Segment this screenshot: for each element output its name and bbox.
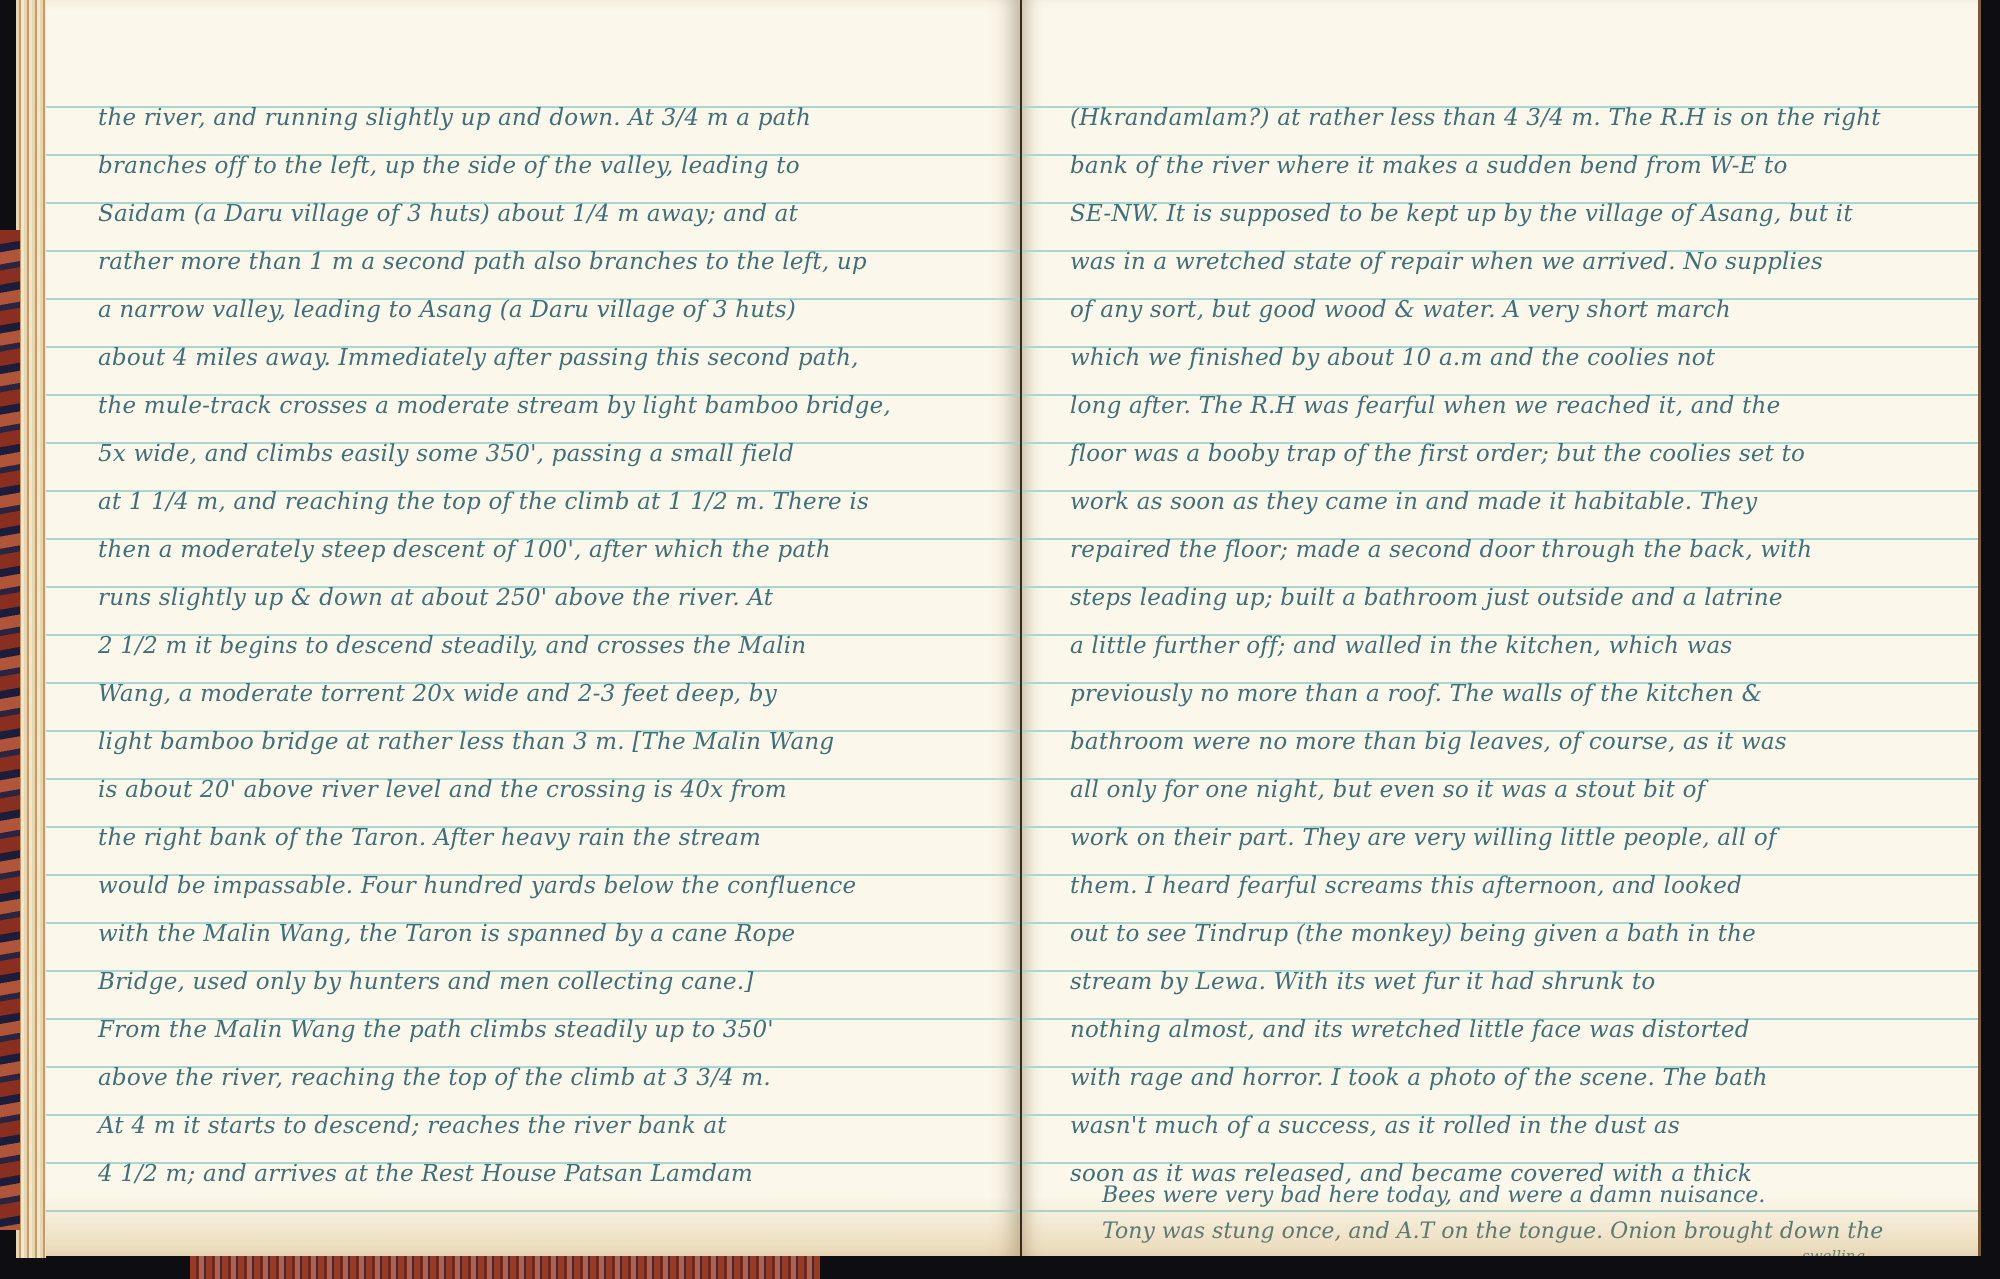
text-line: out to see Tindrup (the monkey) being gi… [1022, 910, 1978, 958]
text-line: would be impassable. Four hundred yards … [46, 862, 1020, 910]
text-line: wasn't much of a success, as it rolled i… [1022, 1102, 1978, 1150]
text-line: all only for one night, but even so it w… [1022, 766, 1978, 814]
text-line: 4 1/2 m; and arrives at the Rest House P… [46, 1150, 1020, 1198]
text-line: is about 20' above river level and the c… [46, 766, 1020, 814]
text-line: branches off to the left, up the side of… [46, 142, 1020, 190]
text-line: light bamboo bridge at rather less than … [46, 718, 1020, 766]
text-line: work as soon as they came in and made it… [1022, 478, 1978, 526]
text-line: nothing almost, and its wretched little … [1022, 1006, 1978, 1054]
text-line: repaired the floor; made a second door t… [1022, 526, 1978, 574]
text-line: 2 1/2 m it begins to descend steadily, a… [46, 622, 1020, 670]
text-line: 5x wide, and climbs easily some 350', pa… [46, 430, 1020, 478]
text-line: which we finished by about 10 a.m and th… [1022, 334, 1978, 382]
text-line: stream by Lewa. With its wet fur it had … [1022, 958, 1978, 1006]
text-line: a little further off; and walled in the … [1022, 622, 1978, 670]
left-page-text: the river, and running slightly up and d… [46, 94, 1020, 1198]
text-line: Saidam (a Daru village of 3 huts) about … [46, 190, 1020, 238]
footnote-line: Tony was stung once, and A.T on the tong… [1102, 1214, 1883, 1250]
text-line: the river, and running slightly up and d… [46, 94, 1020, 142]
text-line: long after. The R.H was fearful when we … [1022, 382, 1978, 430]
text-line: the right bank of the Taron. After heavy… [46, 814, 1020, 862]
text-line: bathroom were no more than big leaves, o… [1022, 718, 1978, 766]
marbled-cover-edge [0, 230, 20, 1230]
text-line: about 4 miles away. Immediately after pa… [46, 334, 1020, 382]
text-line: floor was a booby trap of the first orde… [1022, 430, 1978, 478]
text-line: at 1 1/4 m, and reaching the top of the … [46, 478, 1020, 526]
text-line: work on their part. They are very willin… [1022, 814, 1978, 862]
notebook-bottom-binding [190, 1256, 820, 1279]
text-line: with the Malin Wang, the Taron is spanne… [46, 910, 1020, 958]
text-line: the mule-track crosses a moderate stream… [46, 382, 1020, 430]
text-line: with rage and horror. I took a photo of … [1022, 1054, 1978, 1102]
text-line: above the river, reaching the top of the… [46, 1054, 1020, 1102]
left-page: the river, and running slightly up and d… [46, 0, 1022, 1256]
footnote-line: Bees were very bad here today, and were … [1102, 1178, 1883, 1214]
text-line: bank of the river where it makes a sudde… [1022, 142, 1978, 190]
text-line: steps leading up; built a bathroom just … [1022, 574, 1978, 622]
text-line: of any sort, but good wood & water. A ve… [1022, 286, 1978, 334]
text-line: SE-NW. It is supposed to be kept up by t… [1022, 190, 1978, 238]
right-page-text: (Hkrandamlam?) at rather less than 4 3/4… [1022, 94, 1978, 1198]
text-line: was in a wretched state of repair when w… [1022, 238, 1978, 286]
text-line: (Hkrandamlam?) at rather less than 4 3/4… [1022, 94, 1978, 142]
text-line: Wang, a moderate torrent 20x wide and 2-… [46, 670, 1020, 718]
text-line: From the Malin Wang the path climbs stea… [46, 1006, 1020, 1054]
text-line: rather more than 1 m a second path also … [46, 238, 1020, 286]
footnote-line: swelling. [1802, 1250, 1883, 1256]
text-line: previously no more than a roof. The wall… [1022, 670, 1978, 718]
notebook-page-edges [16, 0, 46, 1258]
text-line: a narrow valley, leading to Asang (a Dar… [46, 286, 1020, 334]
right-page: (Hkrandamlam?) at rather less than 4 3/4… [1022, 0, 1981, 1256]
text-line: them. I heard fearful screams this after… [1022, 862, 1978, 910]
text-line: Bridge, used only by hunters and men col… [46, 958, 1020, 1006]
text-line: runs slightly up & down at about 250' ab… [46, 574, 1020, 622]
text-line: At 4 m it starts to descend; reaches the… [46, 1102, 1020, 1150]
text-line: then a moderately steep descent of 100',… [46, 526, 1020, 574]
footnote: Bees were very bad here today, and were … [1102, 1178, 1883, 1256]
